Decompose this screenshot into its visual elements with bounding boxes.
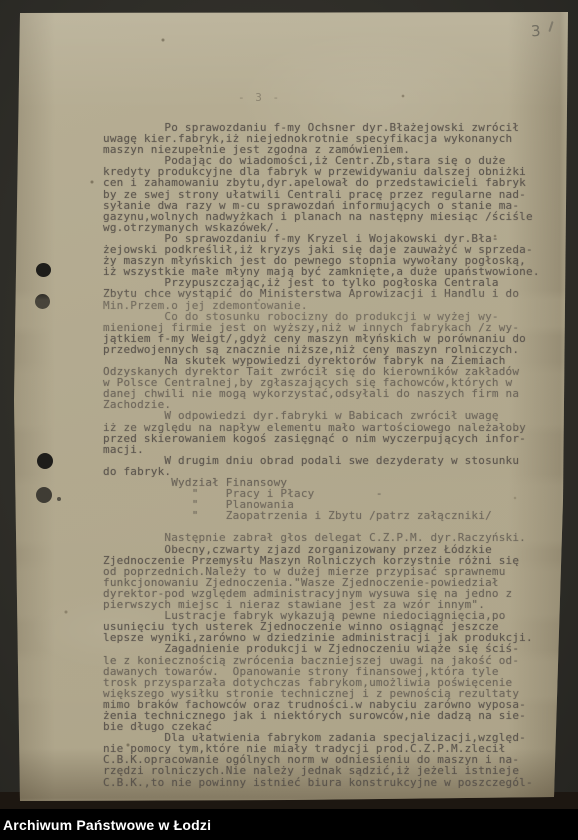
- hole-punch: [36, 487, 52, 503]
- typed-page-number: - 3 -: [238, 91, 281, 104]
- hole-punch: [36, 263, 51, 277]
- archive-scan-viewer: 3 - 3 - Po sprawozdaniu f-my Ochsner dyr…: [0, 0, 578, 840]
- hole-punch: [35, 294, 50, 309]
- archive-name-label: Archiwum Państwowe w Łodzi: [0, 817, 211, 833]
- ink-speck: [57, 497, 61, 501]
- hole-punch: [37, 453, 53, 469]
- handwritten-page-number: 3: [530, 22, 541, 41]
- typewritten-text: Po sprawozdaniu f-my Ochsner dyr.Błażejo…: [103, 122, 540, 788]
- archive-footer-bar: Archiwum Państwowe w Łodzi: [0, 809, 578, 840]
- pencil-mark: [548, 21, 553, 32]
- document-page: 3 - 3 - Po sprawozdaniu f-my Ochsner dyr…: [0, 0, 578, 840]
